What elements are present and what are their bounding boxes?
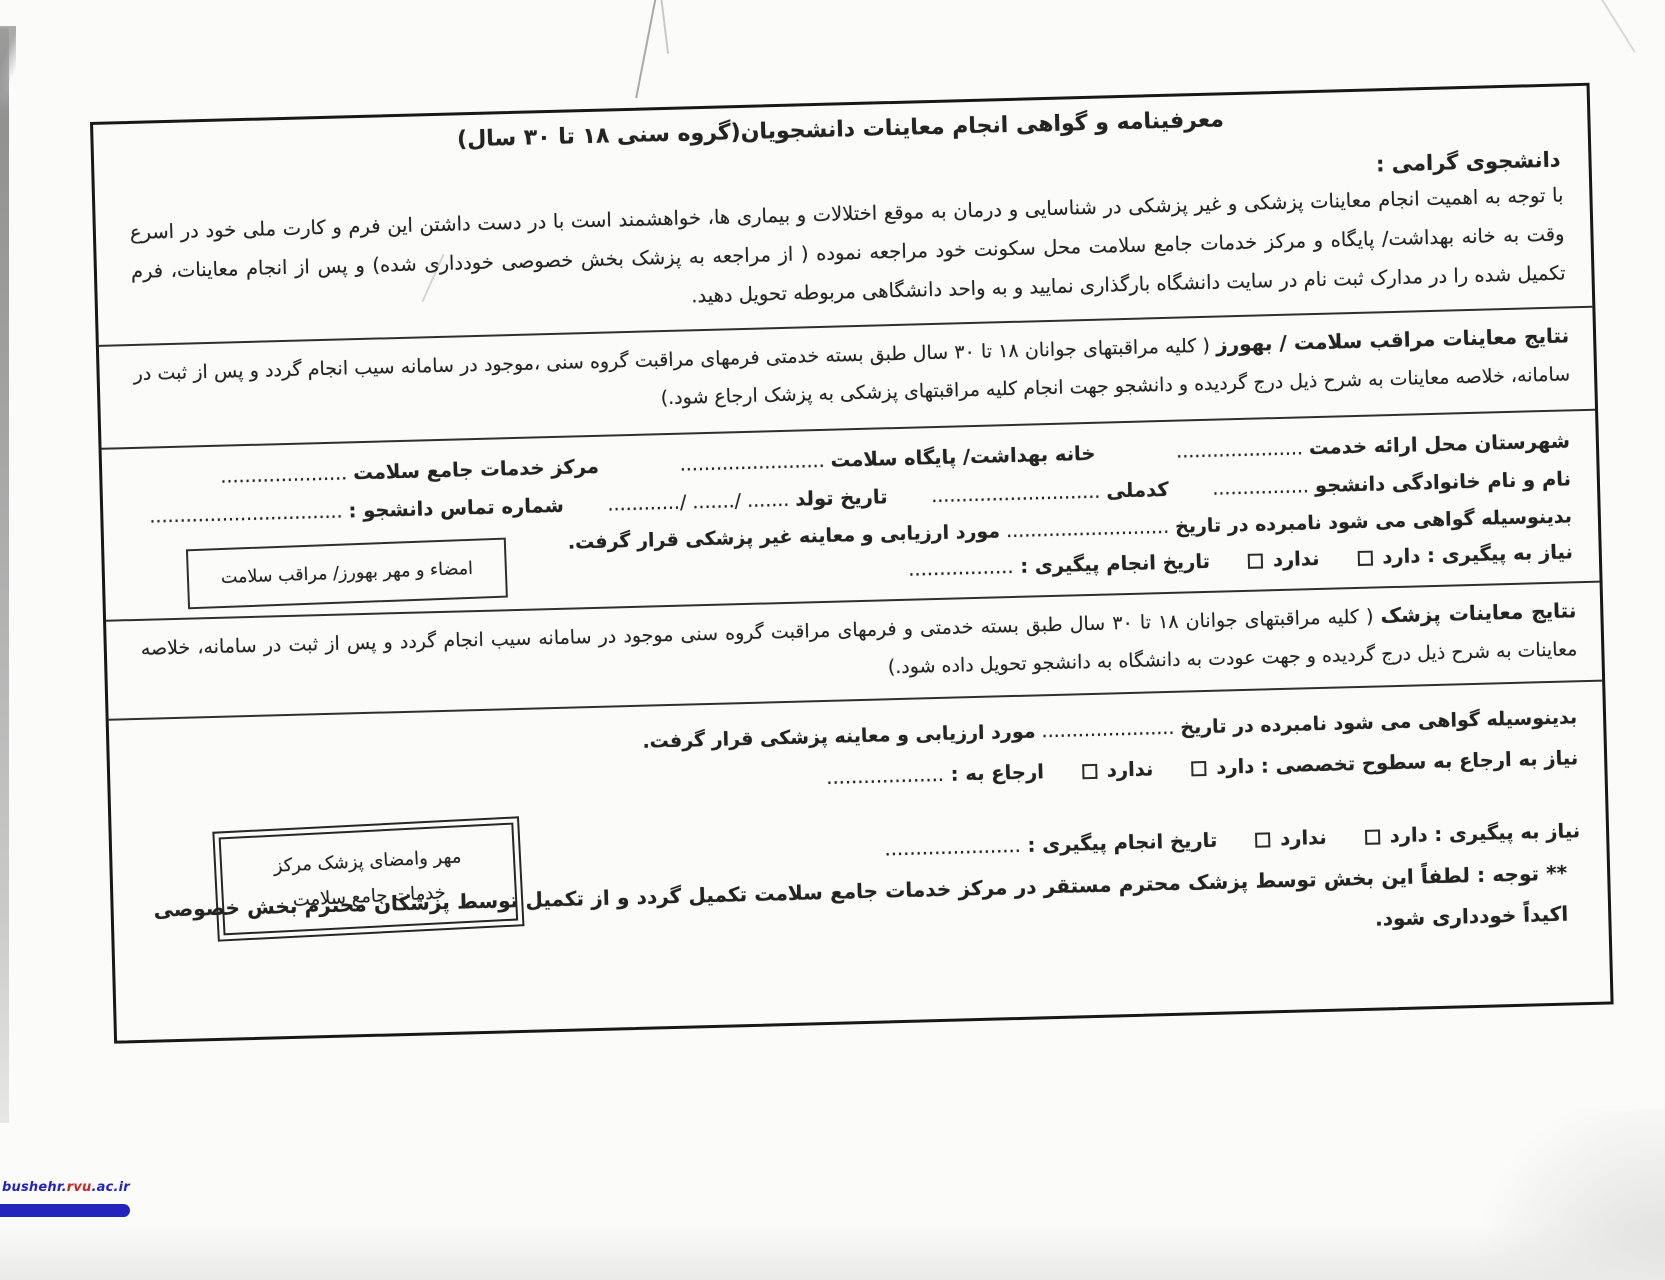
checkbox-followup2-no bbox=[1255, 832, 1270, 847]
checkbox-referral-no bbox=[1082, 764, 1097, 779]
dotted-line: ...................... bbox=[1041, 717, 1174, 742]
checkbox-followup-yes bbox=[1357, 551, 1372, 566]
watermark-part2: rvu bbox=[67, 1180, 92, 1195]
dotted-line: ................ bbox=[1212, 475, 1309, 500]
checkbox-followup-no bbox=[1248, 553, 1263, 568]
paper-crease-top bbox=[635, 0, 657, 98]
field-student-name: نام و نام خانوادگی دانشجو ..............… bbox=[1212, 467, 1571, 499]
field-student-phone: شماره تماس دانشجو : ....................… bbox=[149, 494, 564, 528]
checkbox-followup2-yes bbox=[1365, 829, 1380, 844]
scan-smudge-bottom bbox=[0, 1225, 1665, 1280]
stamp-box-physician: مهر وامضای پزشک مرکز خدمات جامع سلامت bbox=[219, 823, 519, 936]
scanned-document: معرفینامه و گواهی انجام معاینات دانشجویا… bbox=[0, 0, 1665, 1280]
examination-certificate-form: معرفینامه و گواهی انجام معاینات دانشجویا… bbox=[90, 83, 1614, 1044]
field-birth-date: تاریخ تولد ....... /....... /...........… bbox=[607, 485, 888, 515]
scanner-shadow-corner bbox=[0, 26, 16, 104]
dotted-line: ..................... bbox=[220, 462, 347, 487]
dotted-line: ................. bbox=[908, 555, 1014, 581]
site-watermark: bushehr.rvu.ac.ir bbox=[2, 1180, 130, 1195]
physician-section-intro: نتایج معاینات پزشک ( کلیه مراقبتهای جوان… bbox=[140, 591, 1578, 706]
dotted-line: ...................... bbox=[884, 834, 1021, 861]
watermark-part3: .ac.ir bbox=[91, 1180, 129, 1195]
stamp-box-physician-line1: مهر وامضای پزشک مرکز bbox=[273, 846, 462, 876]
physician-description: ( کلیه مراقبتهای جوانان ۱۸ تا ۳۰ سال طبق… bbox=[141, 606, 1578, 679]
dotted-line: ............................ bbox=[931, 481, 1101, 507]
watermark-part1: bushehr. bbox=[2, 1180, 67, 1195]
checkbox-referral-yes bbox=[1191, 761, 1206, 776]
paper-crease-top-right bbox=[1600, 0, 1636, 53]
stamp-box-physician-line2: خدمات جامع سلامت bbox=[292, 882, 446, 911]
dotted-line: ....... /....... /............ bbox=[607, 489, 789, 516]
field-health-center: مرکز خدمات جامع سلامت ..................… bbox=[220, 455, 599, 488]
field-national-id: کدملی ............................ bbox=[931, 478, 1169, 507]
dotted-line: ..................... bbox=[1176, 437, 1303, 462]
dotted-line: ................... bbox=[826, 763, 944, 789]
watermark-bar bbox=[0, 1204, 130, 1217]
dotted-line: ........................ bbox=[679, 450, 824, 476]
scanner-shadow-left bbox=[0, 28, 9, 1123]
stamp-box-health-worker: امضاء و مهر بهورز/ مراقب سلامت bbox=[186, 538, 508, 610]
field-health-house: خانه بهداشت/ پایگاه سلامت ..............… bbox=[679, 442, 1095, 476]
dotted-line: ........................... bbox=[1006, 516, 1170, 542]
physician-heading: نتایج معاینات پزشک bbox=[1380, 598, 1576, 627]
paper-crease-top-2 bbox=[660, 0, 669, 54]
dotted-line: ................................ bbox=[149, 501, 343, 528]
field-service-city: شهرستان محل ارائه خدمت .................… bbox=[1176, 429, 1570, 462]
health-worker-heading: نتایج معاینات مراقب سلامت / بهورز bbox=[1216, 323, 1570, 356]
health-worker-section-intro: نتایج معاینات مراقب سلامت / بهورز ( کلیه… bbox=[133, 316, 1571, 431]
